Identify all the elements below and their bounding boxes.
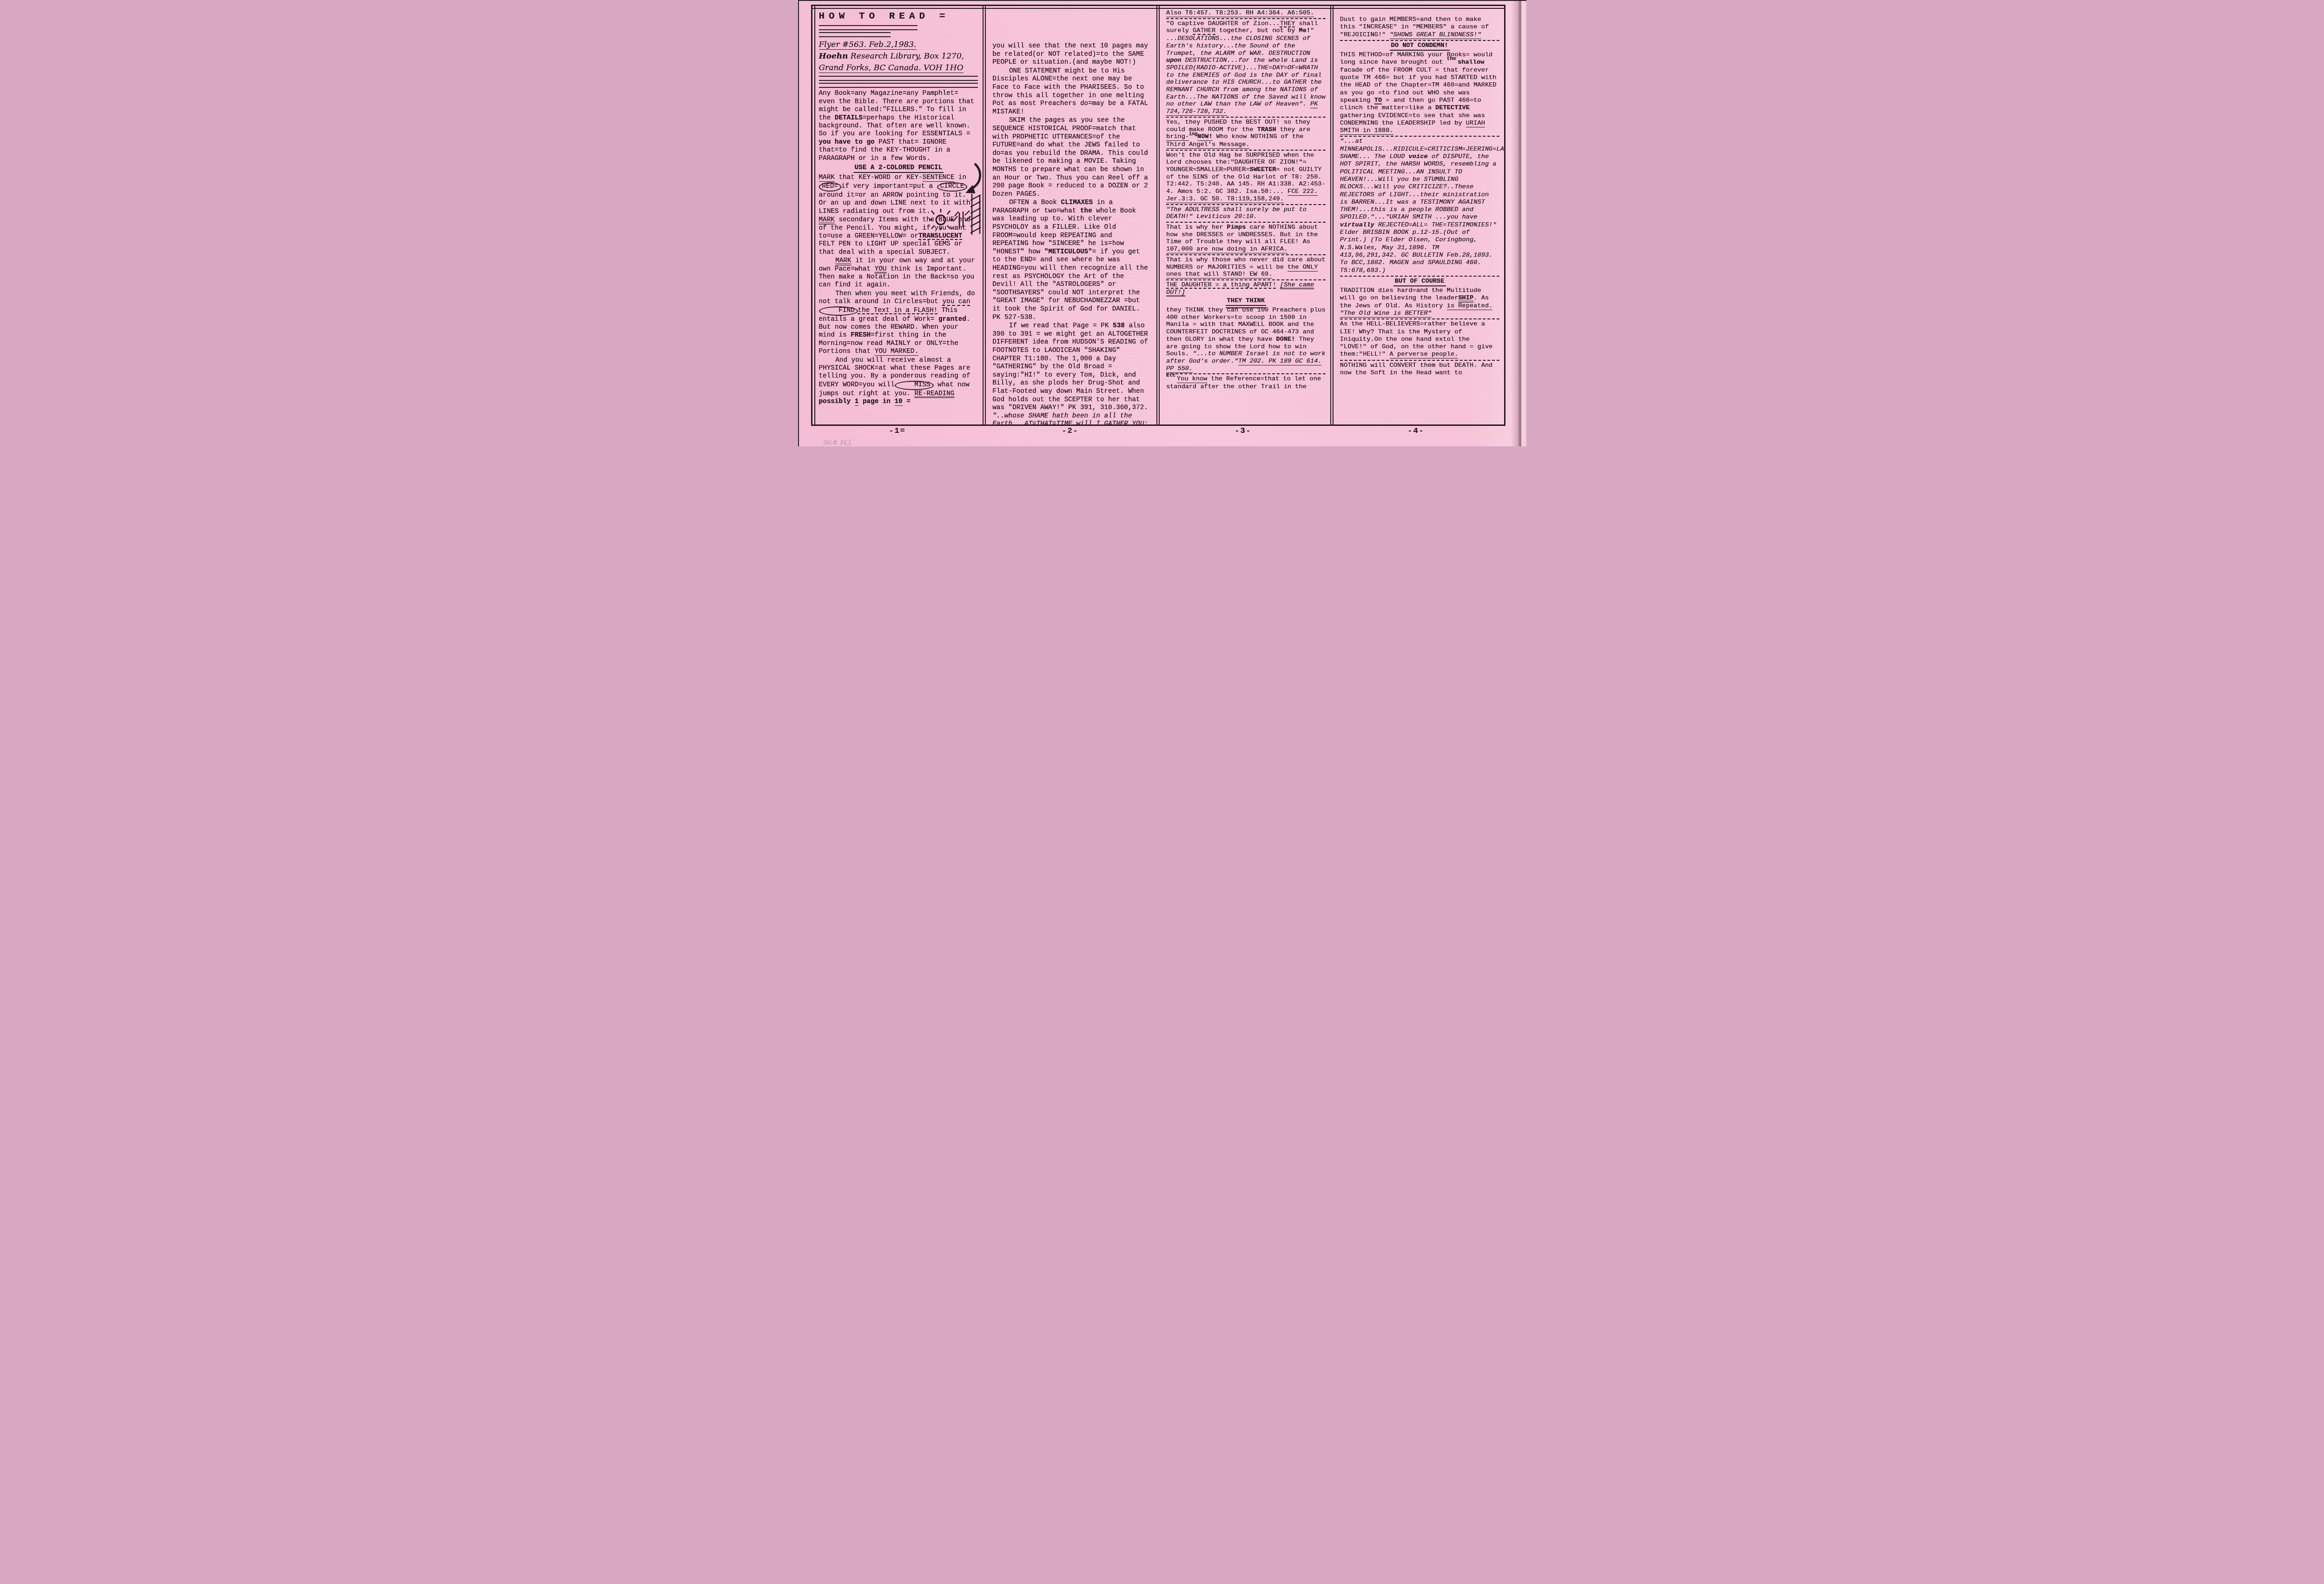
paper-edge-shadow [1511,1,1526,446]
section-heading: THEY THINK [1166,298,1326,305]
paragraph: Dust to gain MEMBERS=and then to make th… [1340,16,1499,41]
paragraph: Also T6:457. T8:253. RH A4:364. A6:505. [1166,10,1326,19]
paragraph: Any Book=any Magazine=any Pamphlet= even… [819,90,978,163]
flyer-border-box: HOW TO READ =Flyer #563. Feb.2,1983.Hoeh… [811,5,1505,426]
page-number-1: -1= [811,427,984,436]
column-2: you will see that the next 10 pages may … [983,6,1156,424]
page-numbers-row: -1= -2- -3- -4- [811,427,1503,436]
paragraph: you will see that the next 10 pages may … [992,42,1152,67]
paragraph: "The ADULTRESS shall surely be put to DE… [1166,206,1326,223]
paragraph: That is why her Pimps care NOTHING about… [1166,224,1326,255]
paragraph: TRADITION dies hard=and the Multitude wi… [1340,287,1499,319]
paragraph: Yes, they PUSHED the BEST OUT! so they c… [1166,119,1326,151]
paragraph: And you will receive almost a PHYSICAL S… [819,357,978,406]
sun-doodle-icon [929,206,972,233]
page-number-3: -3- [1157,427,1330,436]
paragraph: If we read that Page = PK 538 also 390 t… [992,322,1152,424]
paragraph: Then when you meet with Friends, do not … [819,290,978,356]
masthead-line: Grand Forks, BC Canada. VOH 1HO [819,62,978,74]
bleedthrough-note: TM #96 [823,438,852,446]
double-rule [819,32,891,37]
paragraph: Won't the Old Hag be SURPRISED when the … [1166,152,1326,205]
paragraph: NOTHING will CONVERT them but DEATH. And… [1340,362,1499,378]
paragraph: EtcYou know the Reference=that to let on… [1166,376,1326,391]
paragraph: THE DAUGHTER = a thing APART! [She came … [1166,282,1326,296]
scanned-flyer-page: HOW TO READ =Flyer #563. Feb.2,1983.Hoeh… [798,0,1526,446]
double-rule [819,83,978,88]
paragraph: OFTEN a Book CLIMAXES in a PARAGRAPH or … [992,199,1152,322]
flyer-title: HOW TO READ = [819,9,978,23]
paragraph: they THINK they can use 100 Preachers pl… [1166,307,1326,374]
page-number-2: -2- [984,427,1157,436]
masthead-line: Hoehn Research Library, Box 1270, [819,51,978,62]
paragraph: That is why those who never did care abo… [1166,257,1326,280]
paragraph: ONE STATEMENT might be to His Disciples … [992,67,1152,117]
paragraph: SKIM the pages as you see the SEQUENCE H… [992,117,1152,199]
section-heading: USE A 2-COLORED PENCIL [819,164,978,172]
paragraph: "O captive DAUGHTER of Zion...THEY shall… [1166,20,1326,35]
paragraph: MARK it in your own way and at your own … [819,257,978,290]
section-heading: BUT OF COURSE [1340,278,1499,285]
page-number-4: -4- [1330,427,1503,436]
paragraph: THIS METHOD=of MARKING your Books= would… [1340,52,1499,137]
double-rule [819,25,918,30]
column-4: Dust to gain MEMBERS=and then to make th… [1330,6,1504,424]
column-3: Also T6:457. T8:253. RH A4:364. A6:505."… [1156,6,1330,424]
double-rule [819,76,978,81]
column-1: HOW TO READ =Flyer #563. Feb.2,1983.Hoeh… [812,6,983,424]
section-heading: DO NOT CONDEMN! [1340,42,1499,50]
paragraph: "...at MINNEAPOLIS...RIDICULE=CRITICISM=… [1340,138,1499,276]
paragraph: As the HELL-BELIEVERS=rather believe a L… [1340,321,1499,360]
masthead-line: Flyer #563. Feb.2,1983. [819,39,978,51]
paragraph: ...DESOLATIONS...the CLOSING SCENES of E… [1166,35,1326,118]
